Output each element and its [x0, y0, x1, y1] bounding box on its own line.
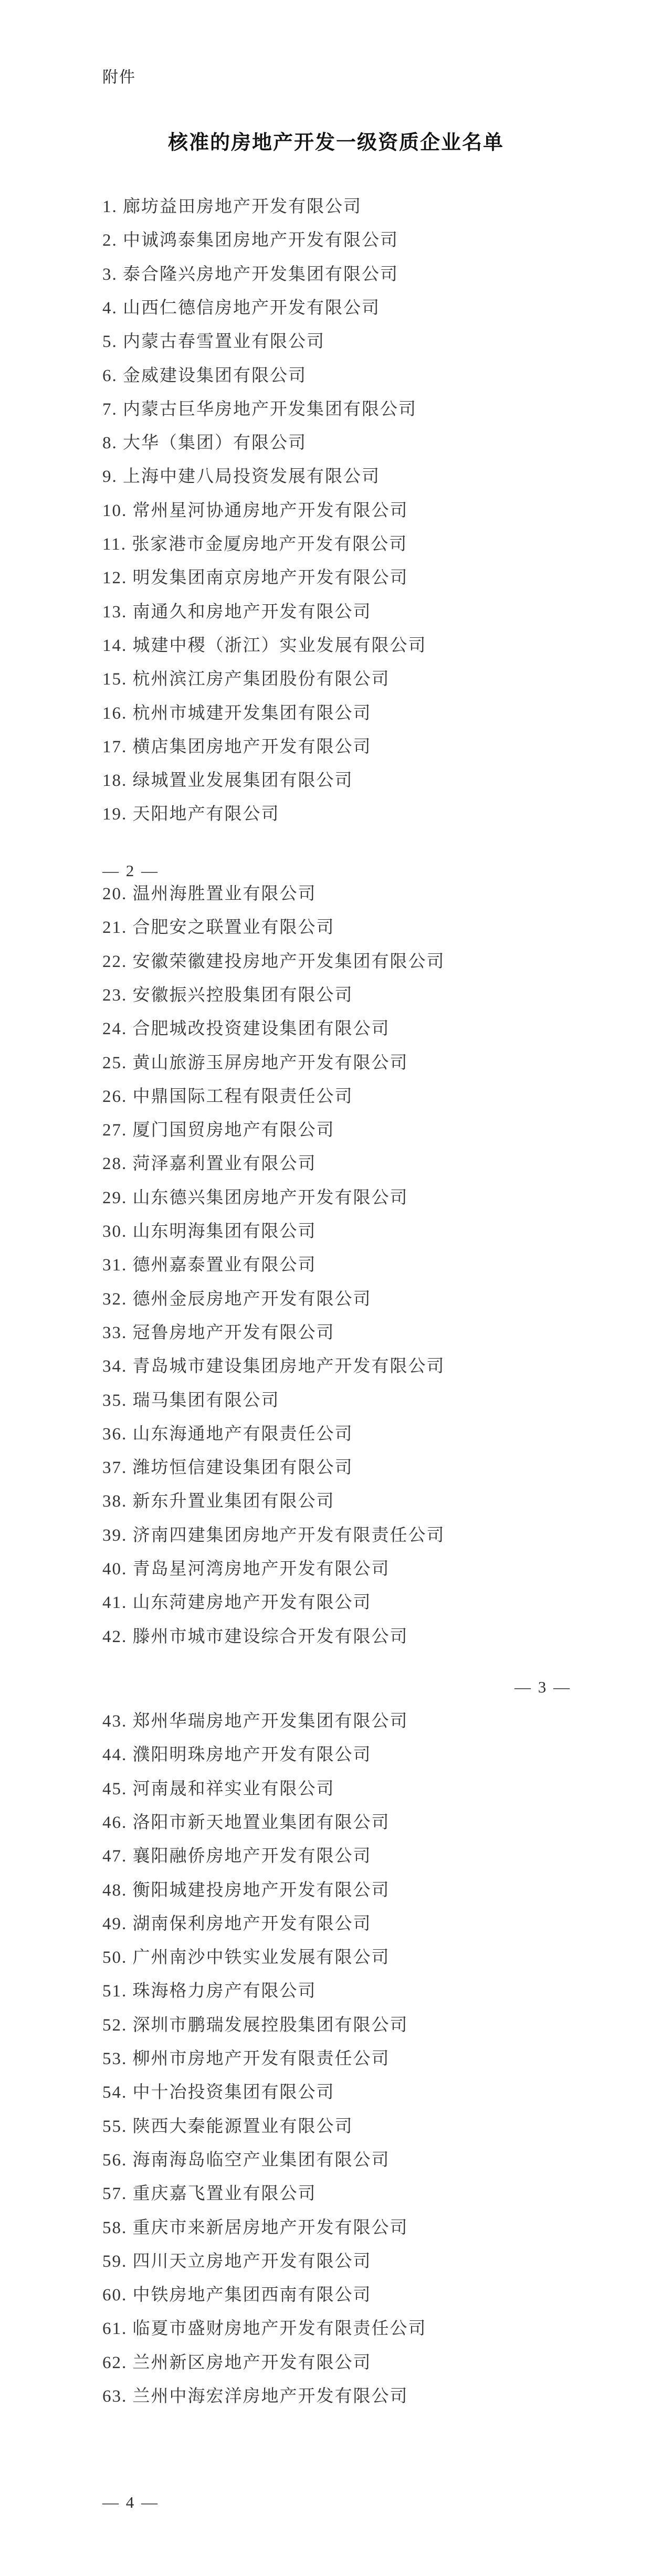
company-list-item: 63. 兰州中海宏洋房地产开发有限公司 [102, 2387, 408, 2407]
company-list-item: 7. 内蒙古巨华房地产开发集团有限公司 [102, 400, 417, 420]
company-list-item: 55. 陕西大秦能源置业有限公司 [102, 2117, 353, 2137]
company-list-item: 6. 金威建设集团有限公司 [102, 366, 307, 386]
company-list-item: 9. 上海中建八局投资发展有限公司 [102, 467, 380, 487]
company-list-item: 12. 明发集团南京房地产开发有限公司 [102, 569, 408, 588]
company-list-item: 43. 郑州华瑞房地产开发集团有限公司 [102, 1712, 408, 1732]
company-list-item: 17. 横店集团房地产开发有限公司 [102, 738, 372, 758]
company-list-item: 40. 青岛星河湾房地产开发有限公司 [102, 1560, 390, 1580]
company-list-item: 46. 洛阳市新天地置业集团有限公司 [102, 1813, 390, 1833]
company-list-item: 41. 山东菏建房地产开发有限公司 [102, 1593, 372, 1613]
company-list-item: 23. 安徽振兴控股集团有限公司 [102, 986, 353, 1006]
company-list-item: 27. 厦门国贸房地产有限公司 [102, 1121, 335, 1141]
company-list-item: 61. 临夏市盛财房地产开发有限责任公司 [102, 2319, 427, 2339]
company-list-item: 15. 杭州滨江房产集团股份有限公司 [102, 670, 390, 690]
company-list-item: 47. 襄阳融侨房地产开发有限公司 [102, 1847, 372, 1867]
company-list-item: 48. 衡阳城建投房地产开发有限公司 [102, 1881, 390, 1901]
company-list-item: 42. 滕州市城市建设综合开发有限公司 [102, 1627, 408, 1647]
company-list-item: 59. 四川天立房地产开发有限公司 [102, 2252, 372, 2272]
page-number-4: — 4 — [102, 2493, 159, 2512]
company-list-item: 35. 瑞马集团有限公司 [102, 1391, 280, 1411]
company-list-item: 57. 重庆嘉飞置业有限公司 [102, 2184, 317, 2204]
company-list-item: 53. 柳州市房地产开发有限责任公司 [102, 2049, 390, 2069]
company-list-item: 30. 山东明海集团有限公司 [102, 1222, 317, 1242]
company-list-item: 21. 合肥安之联置业有限公司 [102, 918, 335, 938]
company-list-item: 20. 温州海胜置业有限公司 [102, 885, 317, 905]
company-list-item: 22. 安徽荣徽建投房地产开发集团有限公司 [102, 952, 445, 972]
attachment-label: 附件 [102, 64, 136, 87]
company-list-item: 5. 内蒙古春雪置业有限公司 [102, 332, 325, 352]
company-list-item: 33. 冠鲁房地产开发有限公司 [102, 1323, 335, 1343]
company-list-item: 18. 绿城置业发展集团有限公司 [102, 771, 353, 791]
company-list-item: 32. 德州金辰房地产开发有限公司 [102, 1290, 372, 1310]
company-list-item: 54. 中十冶投资集团有限公司 [102, 2083, 335, 2103]
company-list-item: 24. 合肥城改投资建设集团有限公司 [102, 1019, 390, 1039]
page-number-3: — 3 — [514, 1678, 571, 1697]
company-list-item: 10. 常州星河协通房地产开发有限公司 [102, 501, 408, 521]
company-list-item: 51. 珠海格力房产有限公司 [102, 1982, 317, 2002]
company-list-item: 25. 黄山旅游玉屏房地产开发有限公司 [102, 1054, 408, 1074]
company-list-item: 28. 菏泽嘉利置业有限公司 [102, 1154, 317, 1174]
company-list-item: 19. 天阳地产有限公司 [102, 805, 280, 825]
company-list-item: 36. 山东海通地产有限责任公司 [102, 1425, 353, 1445]
company-list-item: 39. 济南四建集团房地产开发有限责任公司 [102, 1526, 445, 1546]
company-list-item: 1. 廊坊益田房地产开发有限公司 [102, 197, 362, 217]
company-list-item: 14. 城建中稷（浙江）实业发展有限公司 [102, 636, 427, 656]
page-number-2: — 2 — [102, 861, 159, 880]
company-list-item: 62. 兰州新区房地产开发有限公司 [102, 2353, 372, 2373]
company-list-item: 11. 张家港市金厦房地产开发有限公司 [102, 535, 407, 555]
company-list-item: 13. 南通久和房地产开发有限公司 [102, 603, 372, 623]
company-list-item: 29. 山东德兴集团房地产开发有限公司 [102, 1189, 408, 1208]
company-list-item: 37. 潍坊恒信建设集团有限公司 [102, 1458, 353, 1478]
company-list-item: 45. 河南晟和祥实业有限公司 [102, 1780, 335, 1800]
company-list-item: 38. 新东升置业集团有限公司 [102, 1492, 335, 1512]
document-page: 附件 核准的房地产开发一级资质企业名单 1. 廊坊益田房地产开发有限公司2. 中… [0, 0, 672, 2576]
company-list-item: 52. 深圳市鹏瑞发展控股集团有限公司 [102, 2016, 408, 2036]
company-list-item: 2. 中诚鸿泰集团房地产开发有限公司 [102, 231, 398, 251]
company-list-item: 58. 重庆市来新居房地产开发有限公司 [102, 2218, 408, 2238]
company-list-item: 8. 大华（集团）有限公司 [102, 434, 307, 454]
company-list-item: 31. 德州嘉泰置业有限公司 [102, 1256, 317, 1276]
company-list-item: 4. 山西仁德信房地产开发有限公司 [102, 299, 380, 319]
company-list-item: 16. 杭州市城建开发集团有限公司 [102, 704, 372, 724]
company-list-item: 26. 中鼎国际工程有限责任公司 [102, 1087, 353, 1107]
page-title: 核准的房地产开发一级资质企业名单 [0, 126, 672, 155]
company-list-item: 3. 泰合隆兴房地产开发集团有限公司 [102, 265, 398, 285]
company-list-item: 34. 青岛城市建设集团房地产开发有限公司 [102, 1357, 445, 1377]
company-list-item: 44. 濮阳明珠房地产开发有限公司 [102, 1746, 372, 1765]
company-list-item: 50. 广州南沙中铁实业发展有限公司 [102, 1948, 390, 1968]
company-list-item: 60. 中铁房地产集团西南有限公司 [102, 2286, 372, 2306]
document-canvas: { "document": { "attachment_label": "附件"… [0, 0, 672, 2576]
company-list-item: 56. 海南海岛临空产业集团有限公司 [102, 2151, 390, 2171]
company-list-item: 49. 湖南保利房地产开发有限公司 [102, 1915, 372, 1934]
